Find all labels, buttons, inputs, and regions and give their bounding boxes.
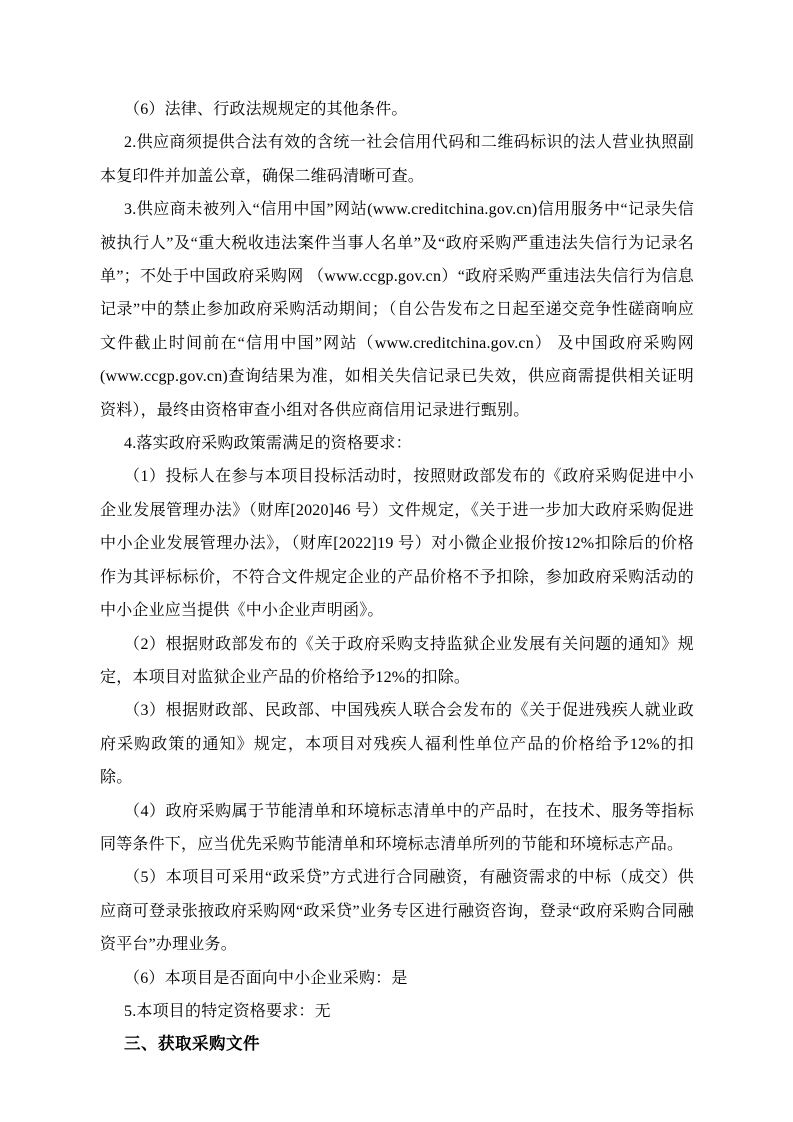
paragraph-clause-4-2-prison-enterprise: （2）根据财政部发布的《关于政府采购支持监狱企业发展有关问题的通知》规定，本项目… <box>100 628 694 695</box>
paragraph-clause-4-policy-requirements: 4.落实政府采购政策需满足的资格要求： <box>100 427 694 460</box>
paragraph-clause-5-specific-requirements: 5.本项目的特定资格要求：无 <box>100 995 694 1028</box>
document-page: （6）法律、行政法规规定的其他条件。 2.供应商须提供合法有效的含统一社会信用代… <box>0 0 793 1122</box>
paragraph-item-6-other-legal-conditions: （6）法律、行政法规规定的其他条件。 <box>100 93 694 126</box>
section-heading-obtain-procurement-documents: 三、获取采购文件 <box>100 1028 694 1061</box>
paragraph-clause-3-credit-record: 3.供应商未被列入“信用中国”网站(www.creditchina.gov.cn… <box>100 193 694 427</box>
paragraph-clause-4-1-sme-deduction: （1）投标人在参与本项目投标活动时，按照财政部发布的《政府采购促进中小企业发展管… <box>100 460 694 627</box>
paragraph-clause-4-4-energy-environment: （4）政府采购属于节能清单和环境标志清单中的产品时，在技术、服务等指标同等条件下… <box>100 795 694 862</box>
paragraph-clause-2-business-license: 2.供应商须提供合法有效的含统一社会信用代码和二维码标识的法人营业执照副本复印件… <box>100 126 694 193</box>
paragraph-clause-4-3-disabled-welfare: （3）根据财政部、民政部、中国残疾人联合会发布的《关于促进残疾人就业政府采购政策… <box>100 694 694 794</box>
paragraph-clause-4-5-procurement-loan: （5）本项目可采用“政采贷”方式进行合同融资，有融资需求的中标（成交）供应商可登… <box>100 861 694 961</box>
paragraph-clause-4-6-sme-oriented: （6）本项目是否面向中小企业采购：是 <box>100 962 694 995</box>
